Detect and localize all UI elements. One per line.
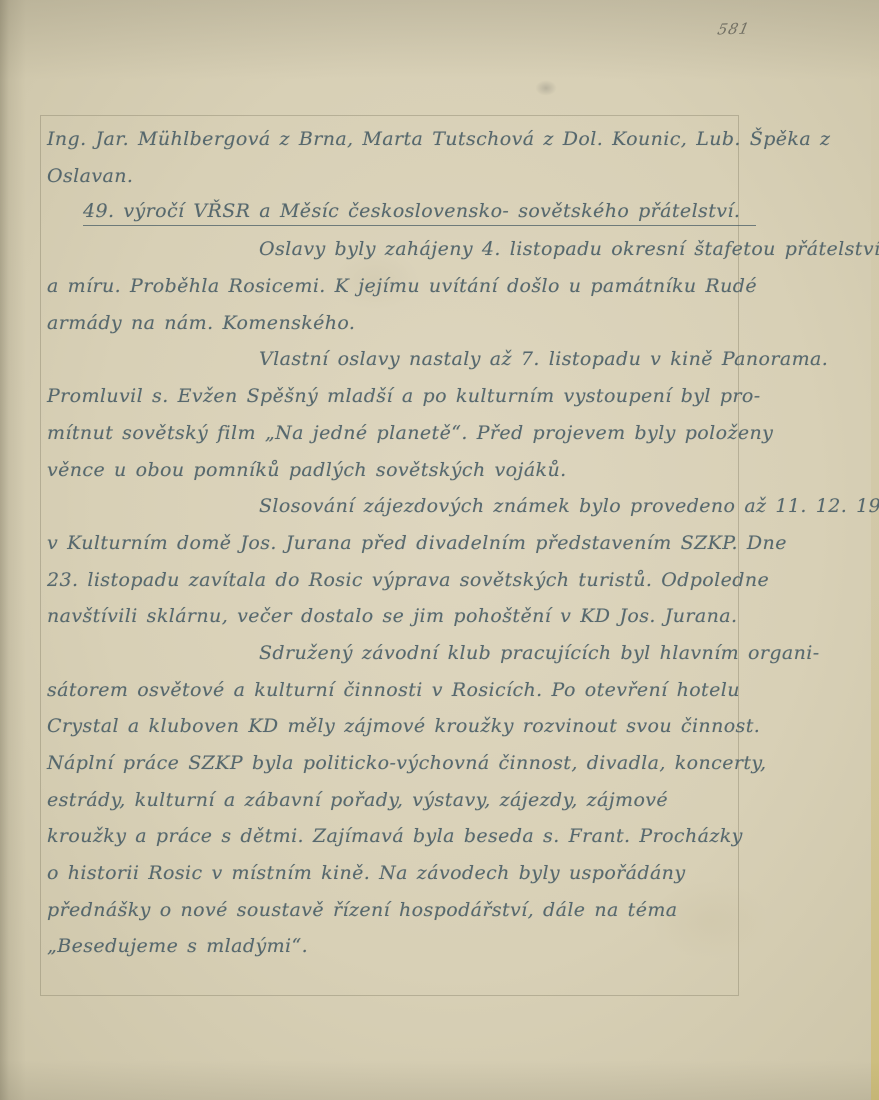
- handwritten-line: sátorem osvětové a kulturní činnosti v R…: [47, 671, 747, 708]
- handwritten-line: Vlastní oslavy nastaly až 7. listopadu v…: [47, 341, 747, 378]
- handwritten-line: kroužky a práce s dětmi. Zajímavá byla b…: [47, 818, 747, 855]
- handwritten-line: Crystal a kluboven KD měly zájmové krouž…: [47, 708, 747, 745]
- handwritten-line: Sdružený závodní klub pracujících byl hl…: [47, 635, 747, 672]
- handwritten-line: o historii Rosic v místním kině. Na závo…: [47, 855, 747, 892]
- page-edge-shadow-left: [0, 0, 26, 1100]
- ink-smudge: [535, 80, 557, 96]
- handwritten-line: Ing. Jar. Mühlbergová z Brna, Marta Tuts…: [47, 121, 747, 158]
- handwritten-line: Náplní práce SZKP byla politicko-výchovn…: [47, 745, 747, 782]
- handwritten-line: v Kulturním domě Jos. Jurana před divade…: [47, 525, 747, 562]
- handwritten-line: Oslavy byly zahájeny 4. listopadu okresn…: [47, 231, 747, 268]
- handwritten-line: „Besedujeme s mladými“.: [47, 928, 747, 965]
- handwritten-line: Promluvil s. Evžen Spěšný mladší a po ku…: [47, 378, 747, 415]
- handwritten-line: Oslavan.: [47, 158, 747, 195]
- handwritten-line: a míru. Proběhla Rosicemi. K jejímu uvít…: [47, 268, 747, 305]
- page-edge-shadow-bottom: [0, 1060, 879, 1100]
- handwritten-line: mítnut sovětský film „Na jedné planetě“.…: [47, 415, 747, 452]
- handwritten-line: navštívili sklárnu, večer dostalo se jim…: [47, 598, 747, 635]
- handwritten-line: estrády, kulturní a zábavní pořady, výst…: [47, 781, 747, 818]
- handwritten-text-block: Ing. Jar. Mühlbergová z Brna, Marta Tuts…: [47, 121, 747, 965]
- page-number: 581: [716, 19, 752, 38]
- handwritten-line: přednášky o nové soustavě řízení hospodá…: [47, 891, 747, 928]
- handwritten-line: armády na nám. Komenského.: [47, 304, 747, 341]
- page-edge-highlight-right: [871, 0, 879, 1100]
- page-edge-shadow-top: [0, 0, 879, 80]
- section-heading: 49. výročí VŘSR a Měsíc československo- …: [47, 194, 747, 231]
- section-heading-text: 49. výročí VŘSR a Měsíc československo- …: [83, 200, 756, 226]
- handwritten-line: 23. listopadu zavítala do Rosic výprava …: [47, 561, 747, 598]
- handwritten-line: věnce u obou pomníků padlých sovětských …: [47, 451, 747, 488]
- chronicle-page: 581 Ing. Jar. Mühlbergová z Brna, Marta …: [0, 0, 879, 1100]
- handwritten-line: Slosování zájezdových známek bylo proved…: [47, 488, 747, 525]
